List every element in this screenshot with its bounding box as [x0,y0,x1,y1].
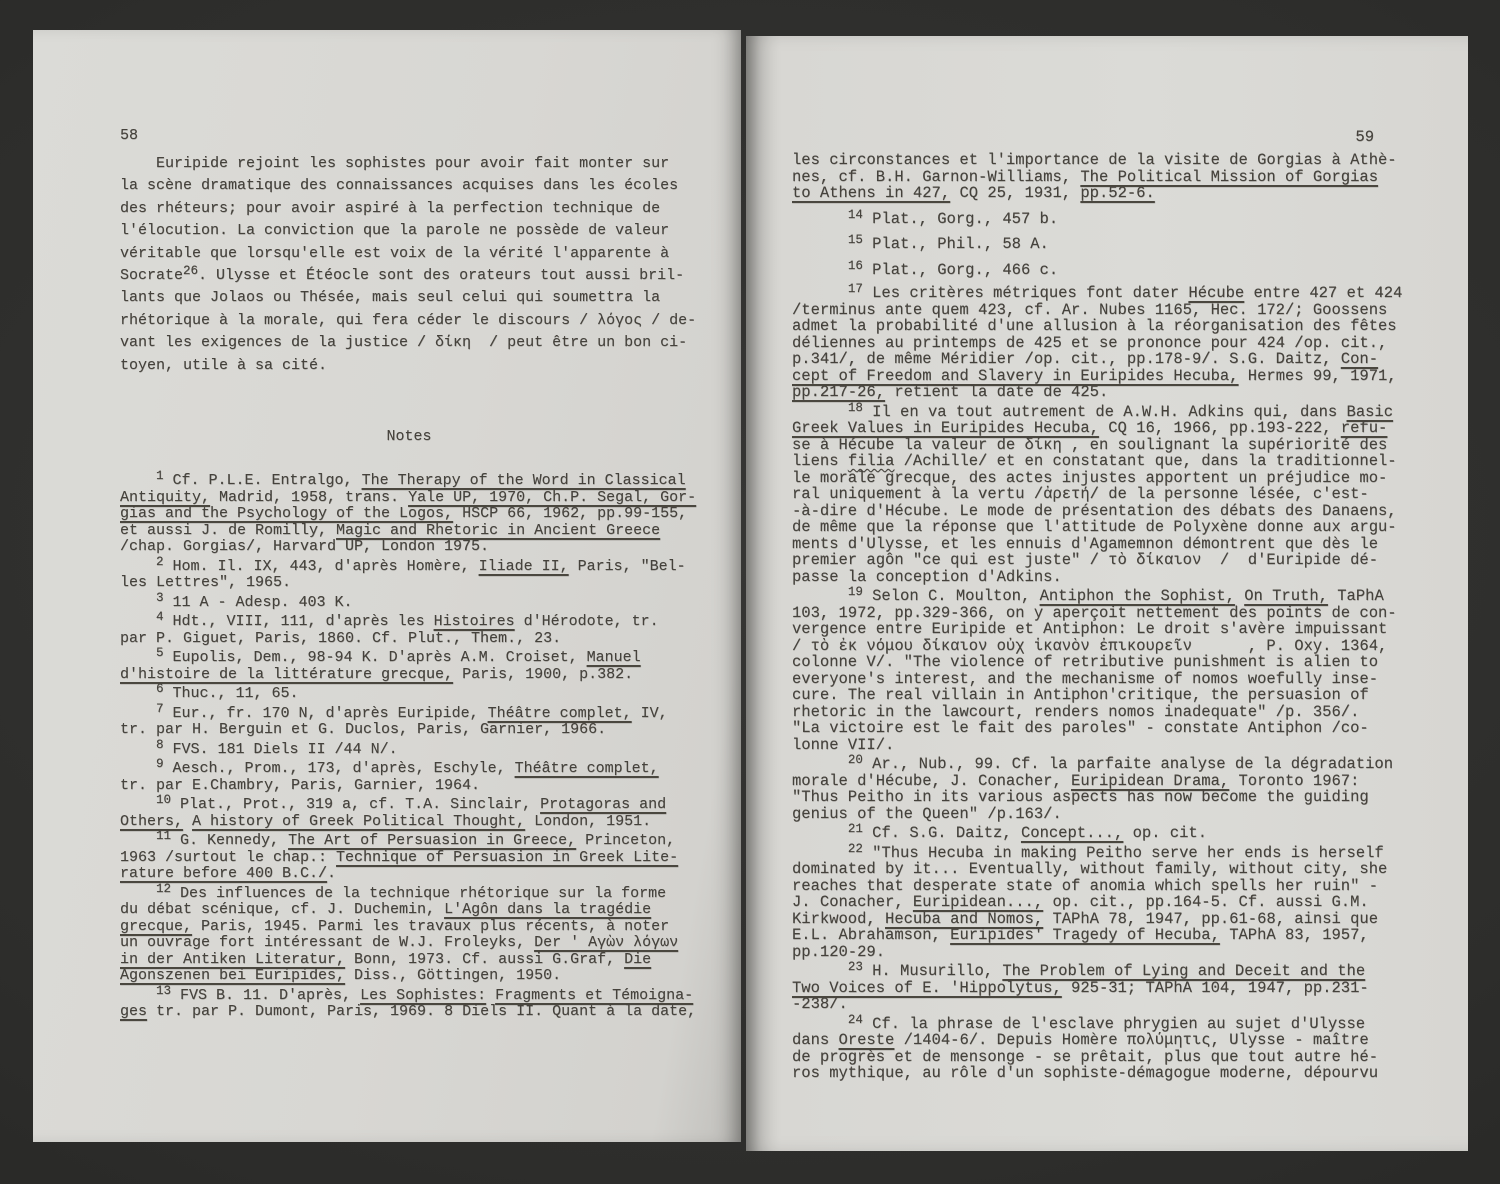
note-number: 22 [848,842,863,856]
text-line: / τὸ ἐκ νόμου δίκαιον οὐχ ἱκανὸν ἐπικουρ… [792,638,1468,655]
text-segment: Manuel [587,649,641,666]
note-number: 5 [156,646,164,660]
footnote-21: 21 Cf. S.G. Daitz, Concept..., op. cit. [792,825,1468,842]
text-line: passe la conception d'Adkins. [792,569,1468,586]
text-line: 19 Selon C. Moulton, Antiphon the Sophis… [792,588,1468,605]
text-segment: déliennes au printemps de 425 et se pron… [792,334,1387,352]
text-segment: Two Voices of E. 'Hippolytus, [792,979,1062,997]
text-segment: se à Hécube la valeur de δίκη , en souli… [792,436,1387,454]
text-line: cure. The real villain in Antiphon'criti… [792,687,1468,704]
text-segment [792,844,848,862]
footnote-22: 22 "Thus Hecuba in making Peitho serve h… [792,845,1468,961]
footnote-18: 18 Il en va tout autrement de A.W.H. Adk… [792,404,1468,586]
text-line: J. Conacher, Euripidean..., op. cit., pp… [792,894,1468,911]
text-segment: Hécube [1188,284,1244,302]
footnote-7: 7 Eur., fr. 170 N, d'après Euripide, Thé… [120,706,741,739]
text-segment: rhetoric in the lawcourt, renders nomos … [792,703,1359,721]
text-line: un ouvrage fort intéressant de W.J. Frol… [120,935,741,952]
text-line: pp.217-26, retient la date de 425. [792,384,1468,401]
text-segment: Paris, "Bel- [569,558,686,575]
text-segment [792,587,848,605]
text-segment: H. Musurillo, [863,962,1003,980]
text-segment: Oreste [839,1031,895,1049]
text-segment: Basic [1347,403,1394,421]
text-segment: Eur., fr. 170 N, d'après Euripide, [164,705,488,722]
text-segment: Euripidean..., [913,893,1043,911]
text-segment: L'Agôn dans la tragédie [444,901,651,918]
text-line: 14 Plat., Gorg., 457 b. [792,211,1468,228]
text-segment [792,261,848,279]
footnotes-right: 14 Plat., Gorg., 457 b. 15 Plat., Phil.,… [792,211,1468,1082]
footnote-20: 20 Ar., Nub., 99. Cf. la parfaite analys… [792,756,1468,822]
text-segment [120,741,156,758]
text-segment [120,649,156,666]
text-segment: op. cit. [1123,824,1207,842]
page-number-left: 58 [120,127,741,145]
text-segment: admet la probabilité d'une allusion à la… [792,317,1397,335]
text-segment: grecque, [120,918,192,935]
text-segment: op. cit., pp.164-5. Cf. aussi G.M. [1043,893,1369,911]
text-segment: du débat scénique, cf. J. Duchemin, [120,901,444,918]
text-segment: lants que Jolaos ou Thésée, mais seul ce… [120,289,660,306]
text-segment: retient la date de 425. [885,383,1108,401]
text-line: 6 Thuc., 11, 65. [120,686,741,703]
text-line: 4 Hdt., VIII, 111, d'après les Histoires… [120,614,741,631]
text-segment: G. Kennedy, [171,832,288,849]
text-segment: rhétorique à la morale, qui fera céder l… [120,312,696,329]
text-segment: -à-dire d'Hécube. Le mode de présentatio… [792,502,1397,520]
text-segment [120,685,156,702]
text-segment: tr. par H. Berguin et G. Duclos, Paris, … [120,721,606,738]
text-segment: cept of Freedom and Slavery in Euripides… [792,367,1238,385]
text-line: 7 Eur., fr. 170 N, d'après Euripide, Thé… [120,706,741,723]
text-line: 12 Des influences de la technique rhétor… [120,886,741,903]
text-segment: Die [624,951,651,968]
footnote-5: 5 Eupolis, Dem., 98-94 K. D'après A.M. C… [120,650,741,683]
text-segment: . [327,865,336,882]
note-number: 11 [156,829,171,843]
text-line: 2 Hom. Il. IX, 443, d'après Homère, Ilia… [120,559,741,576]
text-segment: E.L. Abrahamson, [792,926,950,944]
text-segment: The Art of Persuasion in Greece, [288,832,576,849]
footnote-23: 23 H. Musurillo, The Problem of Lying an… [792,963,1468,1013]
text-line: dans Oreste /1404-6/. Depuis Homère πολύ… [792,1032,1468,1049]
text-line: 10 Plat., Prot., 319 a, cf. T.A. Sinclai… [120,797,741,814]
text-segment: The Political Mission of Gorgias [1080,168,1378,186]
text-line: p.341/, de même Méridier /op. cit., pp.1… [792,351,1468,368]
note-number: 10 [156,793,171,807]
text-segment: les circonstances et l'importance de la … [792,151,1397,169]
text-segment: Euripides' Tragedy of Hecuba, [950,926,1220,944]
text-segment: IV, [632,705,668,722]
text-segment: colonne V/. "The violence of retributive… [792,653,1378,671]
text-line: 18 Il en va tout autrement de A.W.H. Adk… [792,404,1468,421]
text-segment: pp.217-26, [792,383,885,401]
text-segment: entre 427 et 424 [1244,284,1402,302]
text-segment: everyone's interest, and the mechanisme … [792,670,1378,688]
text-segment: "La victoire est le fait des paroles" - … [792,719,1369,737]
text-segment [120,613,156,630]
text-segment: Aesch., Prom., 173, d'après, Eschyle, [164,760,515,777]
footnote-8: 8 FVS. 181 Diels II /44 N/. [120,742,741,759]
text-line: des rhéteurs; pour avoir aspiré à la per… [120,198,741,220]
note-number: 17 [848,282,863,296]
text-segment: TAPhA 83, 1957, [1220,926,1369,944]
text-line: ral uniquement à la vertu /ἀρετή/ de la … [792,486,1468,503]
text-segment: Hom. Il. IX, 443, d'après Homère, [164,558,479,575]
footnote-16: 16 Plat., Gorg., 466 c. [792,262,1468,279]
text-segment: Plat., Gorg., 466 c. [863,261,1058,279]
footnote-2: 2 Hom. Il. IX, 443, d'après Homère, Ilia… [120,559,741,592]
right-page: 59 les circonstances et l'importance de … [746,36,1468,1151]
text-segment [792,235,848,253]
text-segment: to Athens in 427, [792,184,950,202]
text-segment: Plat., Gorg., 457 b. [863,210,1058,228]
footnote-12: 12 Des influences de la technique rhétor… [120,886,741,985]
text-segment: gias and the Psychology of the Logos, [120,505,453,522]
text-segment: vant les exigences de la justice / δίκη … [120,334,687,351]
text-line: se à Hécube la valeur de δίκη , en souli… [792,437,1468,454]
note-number: 15 [848,233,863,247]
text-segment [120,558,156,575]
text-segment [120,594,156,611]
text-line: colonne V/. "The violence of retributive… [792,654,1468,671]
text-segment: nes, cf. B.H. Garnon-Williams, [792,168,1080,186]
text-segment: Others, [120,813,183,830]
text-segment: morale d'Hécube, J. Conacher, [792,772,1071,790]
text-segment: TAPhA 78, 1947, pp.61-68, ainsi que [1043,910,1378,928]
text-segment: Paris, 1945. Parmi les travaux plus réce… [192,918,669,935]
text-segment: refu- [1341,419,1388,437]
text-line: to Athens in 427, CQ 25, 1931, pp.52-6. [792,185,1468,202]
note-continuation: les circonstances et l'importance de la … [792,152,1468,202]
text-segment: FVS. 181 Diels II /44 N/. [164,741,398,758]
text-segment: la scène dramatique des connaissances ac… [120,177,678,194]
text-segment: reaches that desperate state of anomia w… [792,877,1378,895]
text-segment [792,755,848,773]
text-segment: toyen, utile à sa cité. [120,357,327,374]
text-segment [120,705,156,722]
text-segment: Euripidean Drama, [1071,772,1229,790]
text-segment: Princeton, [576,832,675,849]
text-line: liens filia /Achille/ et en constatant q… [792,453,1468,470]
text-segment: Bonn, 1973. Cf. aussi G.Graf, [345,951,624,968]
text-segment: p.341/, de même Méridier /op. cit., pp.1… [792,350,1341,368]
text-line: Socrate26. Ulysse et Étéocle sont des or… [120,265,741,287]
note-number: 23 [848,960,863,974]
notes-heading: Notes [120,429,698,446]
text-segment: ges [120,1003,147,1020]
text-segment: les Lettres", 1965. [120,574,291,591]
text-segment: dominated by it... Eventually, without f… [792,860,1387,878]
text-line: lants que Jolaos ou Thésée, mais seul ce… [120,287,741,309]
text-segment [792,403,848,421]
text-line: tr. par H. Berguin et G. Duclos, Paris, … [120,722,741,739]
text-line: genius of the Queen" /p.163/. [792,806,1468,823]
text-line: l'élocution. La conviction que la parole… [120,220,741,242]
text-line: gias and the Psychology of the Logos, HS… [120,506,741,523]
text-segment: un ouvrage fort intéressant de W.J. Frol… [120,934,534,951]
note-number: 13 [156,984,171,998]
text-line: la scène dramatique des connaissances ac… [120,175,741,197]
text-segment: -238/. [792,995,848,1013]
text-line: 5 Eupolis, Dem., 98-94 K. D'après A.M. C… [120,650,741,667]
text-segment: de progrès et de mensonge - se prêtait, … [792,1048,1378,1066]
note-number: 14 [848,208,863,222]
footnote-11: 11 G. Kennedy, The Art of Persuasion in … [120,833,741,883]
text-line: vant les exigences de la justice / δίκη … [120,332,741,354]
text-line: déliennes au printemps de 425 et se pron… [792,335,1468,352]
text-segment [120,987,156,1004]
body-paragraph: Euripide rejoint les sophistes pour avoi… [120,153,741,377]
text-segment: Antiquity, [120,489,210,506]
text-line: Others, A history of Greek Political Tho… [120,814,741,831]
text-segment: vergence entre Euripide et Antiphon: Le … [792,620,1387,638]
text-line: E.L. Abrahamson, Euripides' Tragedy of H… [792,927,1468,944]
text-segment: 1963 /surtout le chap.: [120,849,336,866]
note-number: 3 [156,591,164,605]
note-number: 1 [156,469,164,483]
text-segment: premier agôn "ce qui est juste" / τὸ δίκ… [792,551,1378,569]
text-line: véritable que lorsqu'elle est voix de la… [120,243,741,265]
text-segment: HSCP 66, 1962, pp.99-155, [453,505,687,522]
footnote-1: 1 Cf. P.L.E. Entralgo, The Therapy of th… [120,473,741,556]
text-segment: d'Hérodote, tr. [515,613,659,630]
note-number: 26 [183,264,198,278]
text-line: in der Antiken Literatur, Bonn, 1973. Cf… [120,952,741,969]
footnote-14: 14 Plat., Gorg., 457 b. [792,211,1468,228]
text-segment: Cf. la phrase de l'esclave phrygien au s… [863,1015,1365,1033]
text-segment: The Therapy of the Word in Classical [362,472,686,489]
text-segment: Plat., Phil., 58 A. [863,235,1049,253]
text-segment: le morale grecque, des actes injustes ap… [792,469,1387,487]
text-segment: J. Conacher, [792,893,913,911]
text-segment: ros mythique, au rôle d'un sophiste-déma… [792,1064,1378,1082]
text-line: 11 G. Kennedy, The Art of Persuasion in … [120,833,741,850]
text-segment: Hdt., VIII, 111, d'après les [164,613,434,630]
text-segment: pp.52-6. [1080,184,1154,202]
text-segment [792,210,848,228]
text-segment: Les Sophistes: [360,987,486,1004]
note-number: 19 [848,585,863,599]
footnote-6: 6 Thuc., 11, 65. [120,686,741,703]
note-number: 2 [156,555,164,569]
text-segment: Yale UP, 1970, Ch.P. Segal, Gor- [408,489,696,506]
text-line: Two Voices of E. 'Hippolytus, 925-31; TA… [792,980,1468,997]
text-line: 22 "Thus Hecuba in making Peitho serve h… [792,845,1468,862]
text-segment: Socrate [120,267,183,284]
page-number-right: 59 [792,128,1418,146]
footnote-13: 13 FVS B. 11. D'après, Les Sophistes: Fr… [120,988,741,1021]
text-line: 17 Les critères métriques font dater Héc… [792,285,1468,302]
text-segment: véritable que lorsqu'elle est voix de la… [120,245,669,262]
text-line: /chap. Gorgias/, Harvard UP, London 1975… [120,539,741,556]
text-line: Kirkwood, Hecuba and Nomos, TAPhA 78, 19… [792,911,1468,928]
text-segment: Eupolis, Dem., 98-94 K. D'après A.M. Cro… [164,649,587,666]
text-line: reaches that desperate state of anomia w… [792,878,1468,895]
text-segment: Histoires [434,613,515,630]
text-line: 1 Cf. P.L.E. Entralgo, The Therapy of th… [120,473,741,490]
note-number: 18 [848,401,863,415]
text-line: 103, 1972, pp.329-366, on y aperçoit net… [792,605,1468,622]
text-segment: pp.120-29. [792,943,885,961]
text-segment: Der ' Αγὼν λόγων [534,934,678,951]
text-segment: Selon C. Moulton, [863,587,1040,605]
footnote-19: 19 Selon C. Moulton, Antiphon the Sophis… [792,588,1468,753]
text-segment: /chap. Gorgias/, Harvard UP, London 1975… [120,538,489,555]
footnote-3: 3 11 A - Adesp. 403 K. [120,595,741,612]
text-line: 1963 /surtout le chap.: Technique of Per… [120,850,741,867]
text-segment: Hermes 99, 1971, [1238,367,1396,385]
text-line: rhetoric in the lawcourt, renders nomos … [792,704,1468,721]
note-number: 16 [848,259,863,273]
text-segment: Toronto 1967: [1229,772,1359,790]
text-line: du débat scénique, cf. J. Duchemin, L'Ag… [120,902,741,919]
text-segment: Euripide rejoint les sophistes pour avoi… [120,155,669,172]
text-segment: Thuc., 11, 65. [164,685,299,702]
text-segment: /1404-6/. Depuis Homère πολύμητις, Ulyss… [894,1031,1368,1049]
text-segment: ral uniquement à la vertu /ἀρετή/ de la … [792,485,1369,503]
note-number: 4 [156,610,164,624]
text-line: tr. par E.Chambry, Paris, Garnier, 1964. [120,778,741,795]
text-segment: Magic and Rhetoric in Ancient Greece [336,522,660,539]
note-number: 6 [156,682,164,696]
text-line: d'histoire de la littérature grecque, Pa… [120,667,741,684]
text-line: les circonstances et l'importance de la … [792,152,1468,169]
text-segment [120,832,156,849]
note-number: 21 [848,822,863,836]
text-segment: Greek Values in Euripides Hecuba, [792,419,1099,437]
text-line: toyen, utile à sa cité. [120,355,741,377]
text-line: everyone's interest, and the mechanisme … [792,671,1468,688]
text-segment: CQ 25, 1931, [950,184,1080,202]
note-number: 20 [848,753,863,767]
text-line: 15 Plat., Phil., 58 A. [792,236,1468,253]
text-line: les Lettres", 1965. [120,575,741,592]
text-line: morale d'Hécube, J. Conacher, Euripidean… [792,773,1468,790]
text-segment: tr. par P. Dumont, Paris, 1969. 8 Diels … [147,1003,696,1020]
text-segment [120,885,156,902]
text-line: "Thus Peitho in its various aspects has … [792,789,1468,806]
text-line: 13 FVS B. 11. D'après, Les Sophistes: Fr… [120,988,741,1005]
note-number: 9 [156,757,164,771]
text-line: cept of Freedom and Slavery in Euripides… [792,368,1468,385]
footnote-10: 10 Plat., Prot., 319 a, cf. T.A. Sinclai… [120,797,741,830]
footnote-24: 24 Cf. la phrase de l'esclave phrygien a… [792,1016,1468,1082]
text-segment: l'élocution. La conviction que la parole… [120,222,669,239]
note-number: 7 [156,702,164,716]
text-line: par P. Giguet, Paris, 1860. Cf. Plut., T… [120,631,741,648]
text-segment: Cf. S.G. Daitz, [863,824,1021,842]
text-line: 20 Ar., Nub., 99. Cf. la parfaite analys… [792,756,1468,773]
text-segment: Les critères métriques font dater [863,284,1189,302]
note-number: 12 [156,882,171,896]
text-line: dominated by it... Eventually, without f… [792,861,1468,878]
text-line: pp.120-29. [792,944,1468,961]
text-segment: TaPhA [1328,587,1384,605]
text-segment: Madrid, 1958, trans. [210,489,408,506]
text-segment: genius of the Queen" /p.163/. [792,805,1062,823]
text-segment: Agonszenen bei Euripides, [120,967,345,984]
text-segment: Ar., Nub., 99. Cf. la parfaite analyse d… [863,755,1393,773]
text-segment: FVS B. 11. D'après, [171,987,360,1004]
text-segment [120,796,156,813]
footnote-4: 4 Hdt., VIII, 111, d'après les Histoires… [120,614,741,647]
text-segment: Cf. P.L.E. Entralgo, [164,472,362,489]
text-segment: cure. The real villain in Antiphon'criti… [792,686,1369,704]
text-line: de même que la réponse que l'attitude de… [792,519,1468,536]
footnote-17: 17 Les critères métriques font dater Héc… [792,285,1468,401]
text-line: -238/. [792,996,1468,1013]
left-page: 58 Euripide rejoint les sophistes pour a… [33,30,741,1142]
text-line: 8 FVS. 181 Diels II /44 N/. [120,742,741,759]
text-segment: CQ 16, 1966, pp.193-222, [1099,419,1341,437]
text-segment: liens [792,452,848,470]
text-segment: Il en va tout autrement de A.W.H. Adkins… [863,403,1347,421]
text-segment: d'histoire de la littérature grecque, [120,666,453,683]
text-segment: Concept..., [1021,824,1123,842]
text-segment: London, 1951. [525,813,651,830]
text-line: Antiquity, Madrid, 1958, trans. Yale UP,… [120,490,741,507]
text-line: premier agôn "ce qui est juste" / τὸ δίκ… [792,552,1468,569]
text-line: rature before 400 B.C./. [120,866,741,883]
text-segment [792,284,848,302]
text-segment: 103, 1972, pp.329-366, on y aperçoit net… [792,604,1397,622]
text-line: 16 Plat., Gorg., 466 c. [792,262,1468,279]
text-segment: lonne VII/. [792,736,894,754]
text-segment: de même que la réponse que l'attitude de… [792,518,1397,536]
text-segment: On Truth, [1244,587,1328,605]
text-segment: "Thus Peitho in its various aspects has … [792,788,1369,806]
text-segment: Con- [1341,350,1378,368]
text-segment [183,813,192,830]
text-segment: Théâtre complet, [515,760,659,777]
note-number: 24 [848,1013,863,1027]
text-line: et aussi J. de Romilly, Magic and Rhetor… [120,523,741,540]
text-segment [486,987,495,1004]
text-segment: . Ulysse et Étéocle sont des orateurs to… [198,267,684,284]
text-segment: Antiphon the Sophist, [1040,587,1235,605]
text-segment [792,1015,848,1033]
text-segment: A history of Greek Political Thought, [192,813,525,830]
text-segment: Kirkwood, [792,910,885,928]
text-line: 9 Aesch., Prom., 173, d'après, Eschyle, … [120,761,741,778]
text-line: ges tr. par P. Dumont, Paris, 1969. 8 Di… [120,1004,741,1021]
text-segment: Paris, 1900, p.382. [453,666,633,683]
text-segment: Des influences de la technique rhétoriqu… [171,885,666,902]
text-segment: et aussi J. de Romilly, [120,522,336,539]
text-line: 21 Cf. S.G. Daitz, Concept..., op. cit. [792,825,1468,842]
text-segment: "Thus Hecuba in making Peitho serve her … [863,844,1384,862]
text-segment: tr. par E.Chambry, Paris, Garnier, 1964. [120,777,480,794]
note-number: 8 [156,738,164,752]
text-segment: rature before 400 B.C./ [120,865,327,882]
text-segment: Hecuba and Nomos, [885,910,1043,928]
text-segment: Iliade II, [479,558,569,575]
text-line: le morale grecque, des actes injustes ap… [792,470,1468,487]
text-line: rhétorique à la morale, qui fera céder l… [120,310,741,332]
text-segment: 11 A - Adesp. 403 K. [164,594,353,611]
text-line: vergence entre Euripide et Antiphon: Le … [792,621,1468,638]
text-segment: dans [792,1031,839,1049]
text-segment: / τὸ ἐκ νόμου δίκαιον οὐχ ἱκανὸν ἐπικουρ… [792,637,1387,655]
text-segment [1235,587,1244,605]
text-line: grecque, Paris, 1945. Parmi les travaux … [120,919,741,936]
text-line: ments d'Ulysse, et les ennuis d'Agamemno… [792,536,1468,553]
text-segment [792,962,848,980]
text-line: 3 11 A - Adesp. 403 K. [120,595,741,612]
text-segment: Technique of Persuasion in Greek Lite- [336,849,678,866]
